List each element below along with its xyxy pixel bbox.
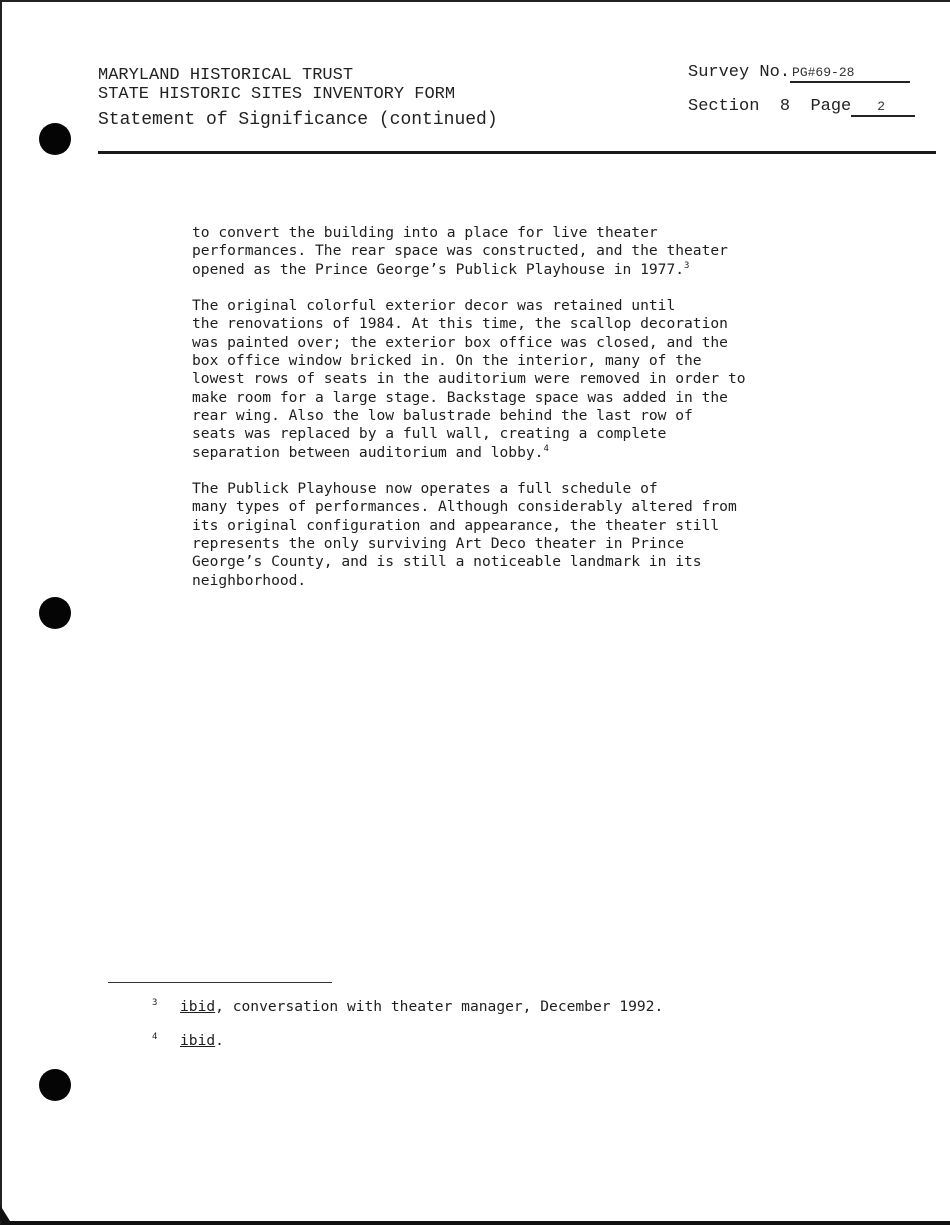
paragraph-text: The original colorful exterior decor was…: [192, 297, 746, 460]
paragraph-text: to convert the building into a place for…: [192, 224, 728, 278]
footnote-text: .: [215, 1032, 224, 1049]
paragraph: to convert the building into a place for…: [192, 224, 802, 279]
paragraph: The original colorful exterior decor was…: [192, 297, 802, 462]
scan-corner-mark: [0, 1205, 10, 1221]
footnote: 3 ibid, conversation with theater manage…: [152, 998, 663, 1016]
paragraph-text: The Publick Playhouse now operates a ful…: [192, 480, 737, 588]
paragraph: The Publick Playhouse now operates a ful…: [192, 480, 802, 590]
footnote: 4 ibid.: [152, 1032, 663, 1050]
form-title: STATE HISTORIC SITES INVENTORY FORM: [98, 85, 498, 104]
section-number: 8: [780, 97, 790, 116]
form-header: MARYLAND HISTORICAL TRUST STATE HISTORIC…: [98, 66, 498, 130]
footnote-source: ibid: [180, 1032, 215, 1049]
punch-hole: [39, 597, 71, 629]
page-label: Page: [810, 97, 851, 116]
footnote-ref: 3: [684, 261, 689, 271]
section-page-row: Section 8 Page 2: [688, 97, 915, 117]
section-title: Statement of Significance (continued): [98, 111, 498, 130]
punch-hole: [39, 1069, 71, 1101]
footnote-ref: 4: [543, 444, 548, 454]
survey-number-row: Survey No. PG#69-28: [688, 63, 915, 83]
section-label: Section: [688, 97, 759, 116]
organization-name: MARYLAND HISTORICAL TRUST: [98, 66, 498, 85]
page-number: 2: [851, 99, 915, 117]
footnote-source: ibid: [180, 998, 215, 1015]
header-divider: [98, 151, 936, 154]
survey-label: Survey No.: [688, 63, 790, 82]
footnote-divider: [108, 982, 332, 983]
footnote-number: 4: [152, 1032, 180, 1042]
form-identifiers: Survey No. PG#69-28 Section 8 Page 2: [688, 63, 915, 117]
footnotes: 3 ibid, conversation with theater manage…: [152, 998, 663, 1050]
footnote-number: 3: [152, 998, 180, 1008]
document-body: to convert the building into a place for…: [192, 224, 802, 608]
punch-hole: [39, 123, 71, 155]
footnote-text: , conversation with theater manager, Dec…: [215, 998, 663, 1015]
survey-number-value: PG#69-28: [790, 65, 910, 83]
